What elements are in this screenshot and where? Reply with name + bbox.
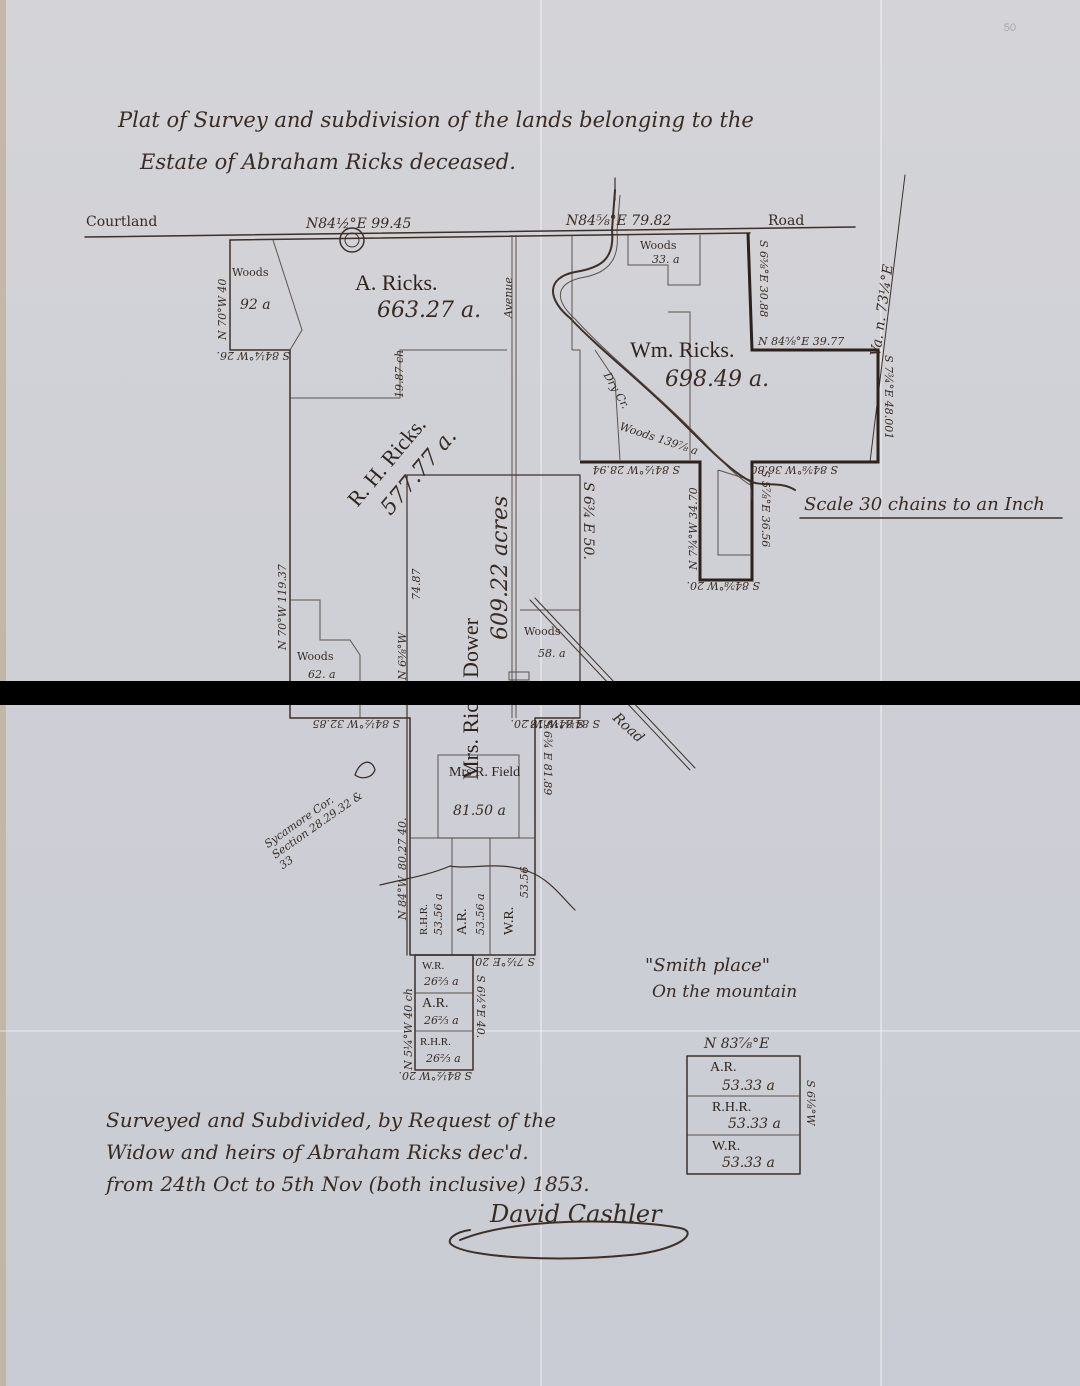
call-n6w: N 6⅜°W [396,632,409,680]
certification-line-2: Widow and heirs of Abraham Ricks dec'd. [106,1140,529,1164]
parcel-w-ricks-name: Wm. Ricks. [630,337,735,363]
call-s6e-50: S 6¾ E 50. [580,482,596,560]
woods-33-area: 33. a [652,253,680,266]
road-bearing-2: N84⅝°E 79.82 [566,213,671,229]
parcel-rhr-small-area: 26⅔ a [426,1052,461,1065]
parcel-ar-small-name: A.R. [422,996,448,1012]
call-s5e-36: S 5⅞°E 36.56 [759,470,772,547]
scale-label: Scale 30 chains to an Inch [804,494,1045,515]
courtland-road-label: Courtland [86,214,157,230]
smith-row-2-area: 53.33 a [728,1116,781,1132]
call-n5w-40: N 5¼°W 40 ch [402,988,415,1070]
courtland-road-line [85,227,855,237]
call-n70w-40: N 70°W 40 [216,279,229,340]
road-label-right: Road [768,213,804,229]
call-s84w-28: S 84½°W 28.94 [593,463,680,476]
parcel-a-ricks-area: 663.27 a. [377,298,481,323]
woods-58-area: 58. a [538,647,566,660]
smith-row-3-area: 53.33 a [722,1155,775,1171]
call-s6e-40: S 6½°E 40. [474,975,487,1038]
smith-row-1-name: A.R. [710,1060,736,1076]
call-s7e-20: S 7½°E 20. [472,955,535,968]
woods-92-area: 92 a [240,297,271,313]
parcel-wr-small-name: W.R. [422,960,444,972]
woods-58-label: Woods [524,625,561,638]
parcel-wr-small-area: 26⅔ a [424,975,459,988]
call-s7e-48: S 7¾°E 48.001 [882,355,895,439]
certification-line-3: from 24th Oct to 5th Nov (both inclusive… [106,1172,590,1196]
call-n70w-119: N 70°W 119.37 [276,564,289,650]
parcel-wr-strip-name: W.R. [502,907,518,935]
smith-place-subtitle: On the mountain [652,982,797,1002]
smith-row-1-area: 53.33 a [722,1078,775,1094]
avenue-label: Avenue [502,277,515,318]
call-n84w: N 84°W [396,876,409,920]
call-80-27: 80.27 40. [396,818,409,870]
parcel-rhr-strip-name: R.H.R. [418,904,430,935]
call-n7w-34: N 7¾°W 34.70 [687,487,700,570]
call-s84w-20: S 84⅝°W 20. [687,579,761,592]
call-n84e-39: N 84⅝°E 39.77 [758,335,844,348]
woods-33-label: Woods [640,239,677,252]
call-19-87: 19.87 ch [393,350,406,398]
parcel-field-name: Mrs R. Field [449,765,520,781]
call-s84w-20c: S 84½°W 20. [399,1069,473,1082]
woods-62-label: Woods [297,650,334,663]
parcel-field-area: 81.50 a [453,803,506,819]
parcel-ar-strip-area: 53.56 a [474,893,487,935]
call-s6e-30: S 6⅜°E 30.88 [757,240,770,317]
parcel-rhr-small-name: R.H.R. [420,1036,451,1048]
parcel-a-ricks-name: A. Ricks. [355,270,438,296]
call-s6e-81: S 6¾ E 81.89 [541,720,554,795]
road-bearing-1: N84½°E 99.45 [306,216,411,232]
smith-row-3-name: W.R. [712,1139,740,1155]
certification-line-1: Surveyed and Subdivided, by Request of t… [106,1108,556,1132]
smith-place-title: "Smith place" [645,955,770,976]
call-74-87: 74.87 [410,569,423,601]
smith-place-side: S 6⅛°W [804,1080,817,1126]
parcel-rhr-strip-area: 53.56 a [432,893,445,935]
smith-row-2-name: R.H.R. [712,1100,751,1116]
woods-92-label: Woods [232,266,269,279]
woods-62-area: 62. a [308,668,336,681]
parcel-ar-small-area: 26⅔ a [424,1014,459,1027]
parcel-wr-strip-area: 53.56 [518,867,531,899]
call-s84w-32: S 84½°W 32.85 [313,717,400,730]
parcel-ar-strip-name: A.R. [455,909,471,935]
parcel-dower-area: 609.22 acres [488,496,513,640]
smith-place-bearing: N 83⅞°E [704,1036,769,1052]
call-s84w-26: S 84¼°W 26. [217,349,291,362]
redaction-bar [0,681,1080,705]
parcel-w-ricks-area: 698.49 a. [665,367,769,392]
surveyor-signature: David Cashler [490,1200,662,1228]
